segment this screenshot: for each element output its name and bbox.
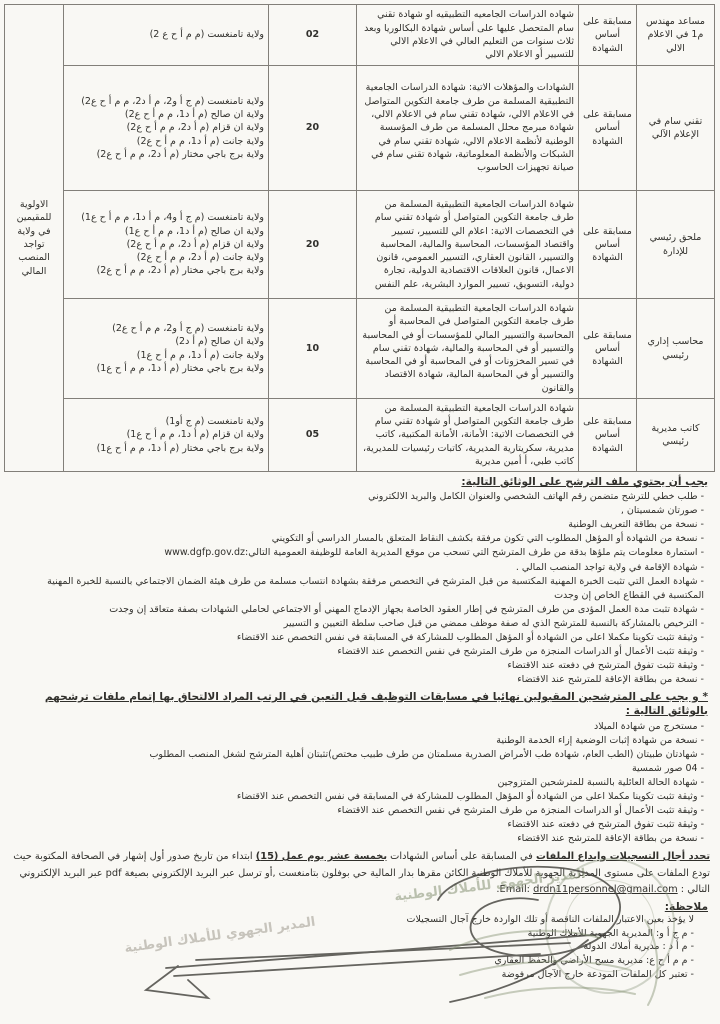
locations-cell: ولاية تامنغست (م ج أ و2، م م أ ح ع2) ولا… bbox=[64, 299, 269, 399]
table-row: ملحق رئيسي للإدارة مسابقة على أساس الشها… bbox=[5, 191, 715, 299]
list-item: - شهادة الحالة العائلية بالنسبة للمترشحي… bbox=[10, 776, 704, 790]
competition-basis-cell: مسابقة على أساس الشهادة bbox=[579, 399, 637, 472]
table-row: كاتب مديرية رئيسي مسابقة على أساس الشهاد… bbox=[5, 399, 715, 472]
positions-count-cell: 20 bbox=[269, 66, 357, 191]
location-line: ولاية ان قزام (م أ د2، م م أ ح ع2) bbox=[68, 121, 264, 134]
list-item: - شهادتان طبيتان (الطب العام، شهادة طب ا… bbox=[10, 748, 704, 762]
completion-documents-list: - مستخرج من شهادة الميلاد - نسخة من شهاد… bbox=[0, 720, 720, 846]
notes-list: لا يؤخذ بعين الاعتبار الملفات الناقصة أو… bbox=[0, 913, 720, 982]
location-line: ولاية ان صالح (م أ د2) bbox=[68, 335, 264, 348]
job-title-cell: كاتب مديرية رئيسي bbox=[637, 399, 715, 472]
note-item: - م ج أ و: المديرية الجهوية للأملاك الوط… bbox=[10, 927, 694, 941]
location-line: ولاية جانت (م أ د1، م م أ ح ع1) bbox=[68, 349, 264, 362]
deadline-lead: تحدد أجال التسجيلات وايداع الملفات bbox=[536, 851, 710, 862]
location-line: ولاية برج باجي مختار (م أ د2، م م أ ح ع2… bbox=[68, 264, 264, 277]
location-line: ولاية تامنغست (م م أ ح ع 2) bbox=[68, 28, 264, 41]
application-file-heading: يجب أن يحتوي ملف الترشح على الوثائق التا… bbox=[8, 475, 708, 489]
email-label: Email: bbox=[500, 884, 534, 895]
email-line: Email: drdn11personnel@gmail.com bbox=[500, 884, 678, 895]
list-item: - نسخة من الشهادة أو المؤهل المطلوب التي… bbox=[10, 532, 704, 546]
list-item: - وثيقة تثبت الأعمال أو الدراسات المنجزة… bbox=[10, 645, 704, 659]
list-item: - استمارة معلومات يتم ملؤها بدقة من طرف … bbox=[10, 546, 704, 560]
list-item: - شهادة الإقامة في ولاية تواجد المنصب ال… bbox=[10, 561, 704, 575]
locations-cell: ولاية تامنغست (م ج أ و4، م أ د1، م م أ ح… bbox=[64, 191, 269, 299]
note-item: لا يؤخذ بعين الاعتبار الملفات الناقصة أو… bbox=[10, 913, 694, 927]
job-title-cell: محاسب إداري رئيسي bbox=[637, 299, 715, 399]
note-item: - م أ د : مديرية أملاك الدولة bbox=[10, 940, 694, 954]
email-address: drdn11personnel@gmail.com bbox=[533, 884, 678, 895]
location-line: ولاية ان صالح (م أ د1، م م أ ح ع1) bbox=[68, 225, 264, 238]
list-item: - نسخة من شهادة إثبات الوضعية إزاء الخدم… bbox=[10, 734, 704, 748]
scanned-recruitment-notice: مساعد مهندس م1 في الاعلام الالي مسابقة ع… bbox=[0, 0, 720, 1024]
job-title-cell: ملحق رئيسي للإدارة bbox=[637, 191, 715, 299]
job-title-cell: مساعد مهندس م1 في الاعلام الالي bbox=[637, 5, 715, 66]
recruitment-table: مساعد مهندس م1 في الاعلام الالي مسابقة ع… bbox=[4, 4, 715, 472]
locations-cell: ولاية تامنغست (م ج أ و2، م أ د2، م م أ ح… bbox=[64, 66, 269, 191]
deadline-days: بخمسة عشر يوم عمل (15) bbox=[256, 851, 387, 862]
locations-cell: ولاية تامنغست (م ج أو1) ولاية ان قزام (م… bbox=[64, 399, 269, 472]
list-item: - صورتان شمسيتان , bbox=[10, 504, 704, 518]
location-line: ولاية تامنغست (م ج أ و2، م أ د2، م م أ ح… bbox=[68, 95, 264, 108]
competition-basis-cell: مسابقة على أساس الشهادة bbox=[579, 66, 637, 191]
list-item: - وثيقة تثبت الأعمال أو الدراسات المنجزة… bbox=[10, 804, 704, 818]
location-line: ولاية برج باجي مختار (م أ د2، م م أ ح ع2… bbox=[68, 148, 264, 161]
competition-basis-cell: مسابقة على أساس الشهادة bbox=[579, 191, 637, 299]
deadline-text: في المسابقة على أساس الشهادات bbox=[387, 851, 536, 862]
list-item: - نسخة من بطاقة الإعاقة للمترشح عند الاق… bbox=[10, 673, 704, 687]
deadline-paragraph: تحدد أجال التسجيلات وايداع الملفات في ال… bbox=[10, 849, 710, 899]
location-line: ولاية جانت (م أ د1، م م أ ح ع2) bbox=[68, 135, 264, 148]
table-row: تقني سام في الإعلام الآلي مسابقة على أسا… bbox=[5, 66, 715, 191]
location-line: ولاية تامنغست (م ج أو1) bbox=[68, 415, 264, 428]
competition-basis-cell: مسابقة على أساس الشهادة bbox=[579, 299, 637, 399]
positions-count-cell: 02 bbox=[269, 5, 357, 66]
positions-count-cell: 20 bbox=[269, 191, 357, 299]
priority-note-cell: الاولوية للمقيمين في ولاية تواجد المنصب … bbox=[5, 5, 64, 472]
location-line: ولاية برج باجي مختار (م أ د1، م م أ ح ع1… bbox=[68, 362, 264, 375]
positions-count-cell: 05 bbox=[269, 399, 357, 472]
location-line: ولاية ان قزام (م أ د1، م م أ ح ع1) bbox=[68, 428, 264, 441]
location-line: ولاية تامنغست (م ج أ و4، م أ د1، م م أ ح… bbox=[68, 211, 264, 224]
list-item: - شهادة تثبت مدة العمل المؤدى من طرف الم… bbox=[10, 603, 704, 617]
list-item: - الترخيص بالمشاركة بالنسبة للمترشح الذي… bbox=[10, 617, 704, 631]
locations-cell: ولاية تامنغست (م م أ ح ع 2) bbox=[64, 5, 269, 66]
location-line: ولاية برج باجي مختار (م أ د1، م م أ ح ع1… bbox=[68, 442, 264, 455]
location-line: ولاية جانت (م أ د2، م م أ ح ع2) bbox=[68, 251, 264, 264]
table-row: مساعد مهندس م1 في الاعلام الالي مسابقة ع… bbox=[5, 5, 715, 66]
list-item: - نسخة من بطاقة التعريف الوطنية bbox=[10, 518, 704, 532]
list-item: - طلب خطي للترشح متضمن رقم الهاتف الشخصي… bbox=[10, 490, 704, 504]
list-item: - شهادة العمل التي تثبت الخبرة المهنية ا… bbox=[10, 575, 704, 603]
application-documents-list: - طلب خطي للترشح متضمن رقم الهاتف الشخصي… bbox=[0, 490, 720, 687]
job-title-cell: تقني سام في الإعلام الآلي bbox=[637, 66, 715, 191]
competition-basis-cell: مسابقة على أساس الشهادة bbox=[579, 5, 637, 66]
list-item: - وثيقة تثبت تفوق المترشح في دفعته عند ا… bbox=[10, 818, 704, 832]
list-item: - وثيقة تثبت تكوينا مكملا اعلى من الشهاد… bbox=[10, 790, 704, 804]
list-item: - 04 صور شمسية bbox=[10, 762, 704, 776]
qualifications-cell: شهادة الدراسات الجامعية التطبيقية المسلم… bbox=[357, 299, 579, 399]
qualifications-cell: شهادة الدراسات الجامعية التطبيقية المسلم… bbox=[357, 399, 579, 472]
qualifications-cell: شهادة الدراسات الجامعية التطبيقية المسلم… bbox=[357, 191, 579, 299]
list-item: - وثيقة تثبت تكوينا مكملا اعلى من الشهاد… bbox=[10, 631, 704, 645]
final-admission-heading: * و يجب على المترشحين المقبولين نهائيا ف… bbox=[8, 690, 708, 719]
list-item: - نسخة من بطاقة الإعاقة للمترشح عند الاق… bbox=[10, 832, 704, 846]
note-item: - م م أ ح ع: مديرية مسح الأراضي والحفظ ا… bbox=[10, 954, 694, 968]
list-item: - وثيقة تثبت تفوق المترشح في دفعته عند ا… bbox=[10, 659, 704, 673]
note-item: - تعتبر كل الملفات المودعة خارج الآجال م… bbox=[10, 968, 694, 982]
qualifications-cell: شهاده الدراسات الجامعيه التطبيقيه او شها… bbox=[357, 5, 579, 66]
location-line: ولاية ان صالح (م أ د1، م م أ ح ع2) bbox=[68, 108, 264, 121]
positions-count-cell: 10 bbox=[269, 299, 357, 399]
location-line: ولاية تامنغست (م ج أ و2، م م أ ح ع2) bbox=[68, 322, 264, 335]
qualifications-cell: الشهادات والمؤهلات الاتية: شهادة الدراسا… bbox=[357, 66, 579, 191]
note-heading: ملاحظة: bbox=[0, 901, 708, 913]
location-line: ولاية ان قزام (م أ د2، م م أ ح ع2) bbox=[68, 238, 264, 251]
list-item: - مستخرج من شهادة الميلاد bbox=[10, 720, 704, 734]
table-row: محاسب إداري رئيسي مسابقة على أساس الشهاد… bbox=[5, 299, 715, 399]
